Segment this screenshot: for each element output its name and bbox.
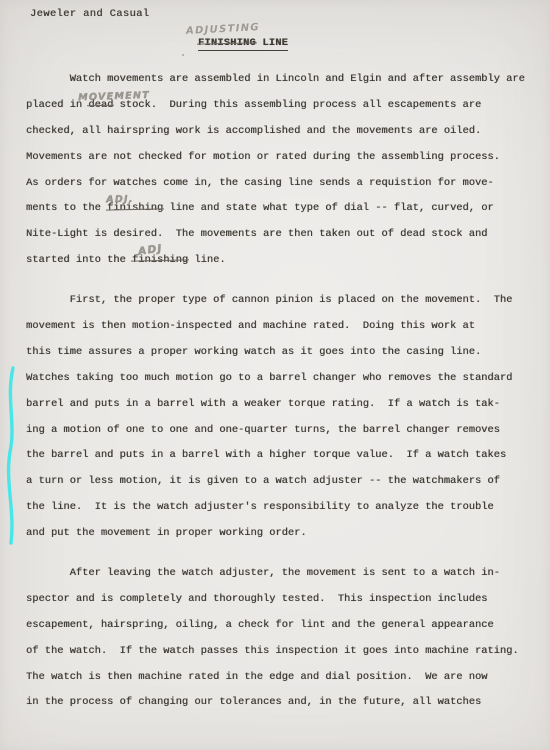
text-line: in the process of changing our tolerance… [26, 690, 540, 716]
document-body: Watch movements are assembled in Lincoln… [26, 67, 540, 716]
scanned-document-page: Jeweler and Casual ADJUSTING FINISHING L… [0, 0, 550, 750]
title-rest: LINE [256, 37, 288, 49]
text-line: As orders for watches come in, the casin… [26, 171, 540, 197]
text-line: this time assures a proper working watch… [26, 340, 540, 366]
paragraph: After leaving the watch adjuster, the mo… [26, 561, 540, 716]
text-line: a turn or less motion, it is given to a … [26, 469, 540, 495]
text-line: the barrel and puts in a barrel with a h… [26, 443, 540, 469]
text-line: After leaving the watch adjuster, the mo… [26, 561, 540, 587]
handwritten-annotation-adj: ADJ [136, 237, 164, 266]
line-text: started into the [26, 254, 132, 266]
line-text: line. [188, 254, 225, 266]
text-line: Nite-Light is desired. The movements are… [26, 222, 540, 248]
text-line: the line. It is the watch adjuster's res… [26, 495, 540, 521]
text-line: and put the movement in proper working o… [26, 521, 540, 547]
text-line: movement is then motion-inspected and ma… [26, 314, 540, 340]
line-text: stock. During this assembling process al… [113, 99, 481, 111]
text-line: ing a motion of one to one and one-quart… [26, 418, 540, 444]
text-line: Movements are not checked for motion or … [26, 145, 540, 171]
paragraph: First, the proper type of cannon pinion … [26, 288, 540, 547]
line-text: ments to the [26, 202, 107, 214]
handwritten-annotation-adjusting: ADJUSTING [186, 22, 260, 37]
paper-speck [182, 54, 184, 56]
text-line: spector and is completely and thoroughly… [26, 587, 540, 613]
title-block: ADJUSTING FINISHING LINE [198, 37, 288, 51]
handwritten-annotation-adj: ADJ. [106, 187, 134, 213]
text-line: ments to the finishing line and state wh… [26, 196, 540, 222]
document-title: FINISHING LINE [198, 37, 288, 51]
paragraph: Watch movements are assembled in Lincoln… [26, 67, 540, 274]
line-text: line and state what type of dial -- flat… [163, 202, 493, 214]
text-line: checked, all hairspring work is accompli… [26, 119, 540, 145]
text-line: Watches taking too much motion go to a b… [26, 366, 540, 392]
text-line: placed in dead stock. During this assemb… [26, 93, 540, 119]
document-header: Jeweler and Casual [30, 8, 149, 20]
text-line: barrel and puts in a barrel with a weake… [26, 392, 540, 418]
text-line: First, the proper type of cannon pinion … [26, 288, 540, 314]
text-line: started into the finishing line.ADJ [26, 248, 540, 274]
text-line: escapement, hairspring, oiling, a check … [26, 613, 540, 639]
handwritten-annotation-movement: MOVEMENT [78, 83, 151, 111]
text-line: The watch is then machine rated in the e… [26, 665, 540, 691]
text-line: of the watch. If the watch passes this i… [26, 639, 540, 665]
struck-word: FINISHING [198, 37, 256, 49]
